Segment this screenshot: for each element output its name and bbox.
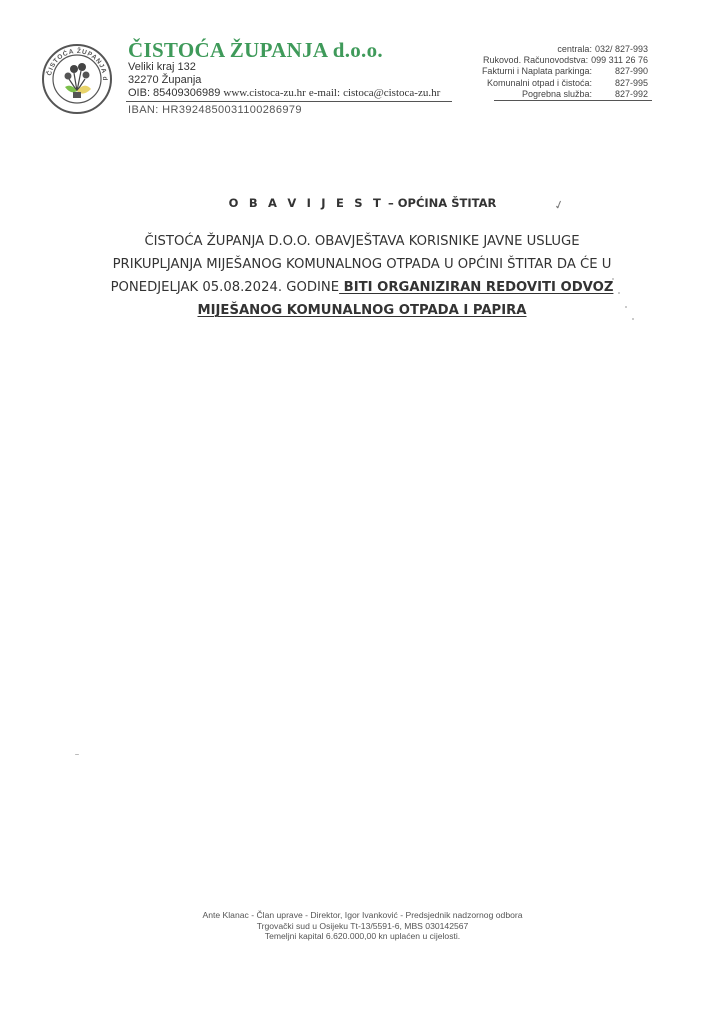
contact-list: centrala: 032/ 827-993 Rukovod. Računovo… (482, 44, 648, 100)
contact-number: 032/ 827-993 (595, 44, 648, 55)
address-street: Veliki kraj 132 (128, 61, 196, 73)
header-divider-right (494, 100, 652, 101)
contact-number: 827-992 (592, 89, 648, 100)
footer-registry: Trgovački sud u Osijeku Tt-13/5591-6, MB… (0, 921, 725, 932)
iban: IBAN: HR3924850031100286979 (128, 104, 302, 116)
company-ids-line: OIB: 85409306989 www.cistoca-zu.hr e-mai… (128, 87, 440, 99)
contact-label: Pogrebna služba: (522, 89, 592, 100)
notice-title: O B A V I J E S T – OPĆINA ŠTITAR (0, 196, 725, 210)
website-link[interactable]: www.cistoca-zu.hr (223, 87, 305, 99)
scan-speck (618, 292, 620, 294)
company-seal-flowers-icon: ČISTOĆA ŽUPANJA d.o.o. (41, 43, 113, 115)
notice-emphasis: BITI ORGANIZIRAN REDOVITI ODVOZ (339, 280, 613, 295)
contact-row: Fakturni i Naplata parkinga: 827-990 (482, 66, 648, 77)
email-label: e-mail: (309, 87, 340, 99)
email-link[interactable]: cistoca@cistoca-zu.hr (343, 87, 440, 99)
contact-label: Fakturni i Naplata parkinga: (482, 66, 592, 77)
notice-body: ČISTOĆA ŽUPANJA D.O.O. OBAVJEŠTAVA KORIS… (62, 230, 662, 322)
oib: OIB: 85409306989 (128, 87, 220, 99)
company-name: ČISTOĆA ŽUPANJA d.o.o. (128, 38, 383, 63)
notice-title-municipality: – OPĆINA ŠTITAR (388, 196, 496, 210)
contact-number: 099 311 26 76 (591, 55, 648, 66)
header-divider-left (126, 101, 452, 102)
company-logo: ČISTOĆA ŽUPANJA d.o.o. (41, 43, 113, 115)
notice-title-word: O B A V I J E S T (229, 196, 384, 210)
contact-label: Komunalni otpad i čistoća: (487, 78, 592, 89)
contact-label: centrala: (557, 44, 592, 55)
notice-line: PRIKUPLJANJA MIJEŠANOG KOMUNALNOG OTPADA… (62, 253, 662, 276)
notice-emphasis: MIJEŠANOG KOMUNALNOG OTPADA I PAPIRA (198, 303, 527, 318)
contact-row: Komunalni otpad i čistoća: 827-995 (482, 78, 648, 89)
scan-speck (612, 278, 614, 280)
scan-speck (632, 318, 634, 320)
scan-speck (625, 306, 627, 308)
contact-row: Pogrebna služba: 827-992 (482, 89, 648, 100)
contact-number: 827-995 (592, 78, 648, 89)
contact-row: centrala: 032/ 827-993 (482, 44, 648, 55)
notice-line: MIJEŠANOG KOMUNALNOG OTPADA I PAPIRA (62, 299, 662, 322)
contact-number: 827-990 (592, 66, 648, 77)
address-city: 32270 Županja (128, 74, 201, 86)
footer: Ante Klanac - Član uprave - Direktor, Ig… (0, 910, 725, 942)
contact-label: Rukovod. Računovodstva: (483, 55, 588, 66)
scan-speck (75, 754, 79, 755)
contact-row: Rukovod. Računovodstva: 099 311 26 76 (482, 55, 648, 66)
footer-management: Ante Klanac - Član uprave - Direktor, Ig… (0, 910, 725, 921)
footer-capital: Temeljni kapital 6.620.000,00 kn uplaćen… (0, 931, 725, 942)
notice-line: PONEDJELJAK 05.08.2024. GODINE BITI ORGA… (62, 276, 662, 299)
notice-date-text: PONEDJELJAK 05.08.2024. GODINE (111, 280, 340, 295)
notice-line: ČISTOĆA ŽUPANJA D.O.O. OBAVJEŠTAVA KORIS… (62, 230, 662, 253)
